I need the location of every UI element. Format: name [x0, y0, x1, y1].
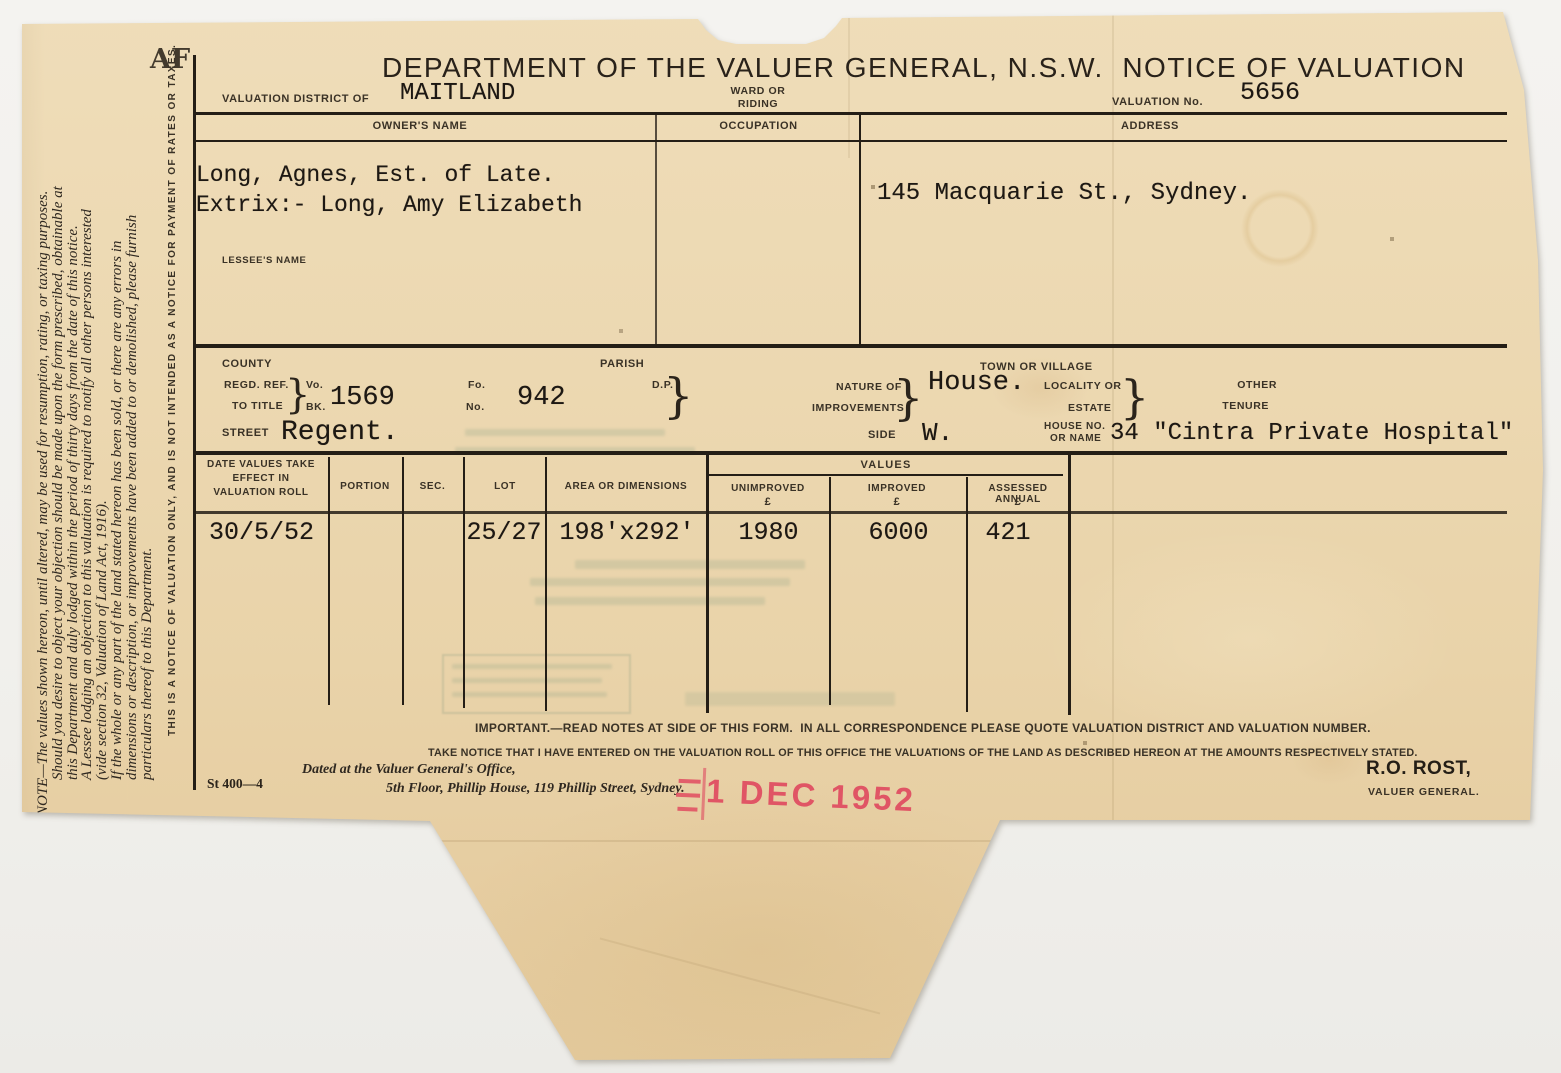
important-notice-text: IMPORTANT.—READ NOTES AT SIDE OF THIS FO… — [475, 721, 1371, 735]
stamp-mark — [679, 779, 701, 784]
house-no-label: HOUSE NO. — [1044, 421, 1106, 432]
bleed-through-mark — [452, 678, 602, 683]
occupation-column-header: OCCUPATION — [657, 120, 860, 132]
rule-line — [193, 140, 1507, 142]
office-address-line: 5th Floor, Phillip House, 119 Phillip St… — [386, 781, 685, 797]
brace-glyph: } — [663, 368, 694, 424]
nature-improvements-value: House. — [928, 368, 1025, 398]
address-column-header: ADDRESS — [1010, 120, 1290, 132]
paper-specks — [0, 0, 2, 2]
date-effect-header: VALUATION ROLL — [200, 487, 322, 498]
bleed-through-mark — [685, 692, 895, 706]
date-effect-header: DATE VALUES TAKE — [200, 459, 322, 470]
side-value: W. — [922, 418, 953, 448]
dated-at-line: Dated at the Valuer General's Office, — [302, 762, 516, 778]
vol-label: Vo. — [306, 379, 323, 391]
street-label: STREET — [222, 427, 269, 439]
margin-note-line: If the whole or any part of the land sta… — [110, 58, 125, 816]
locality-estate-label: ESTATE — [1068, 402, 1111, 414]
paper-shadow-wrap: AF NOTE—The values shown hereon, until a… — [0, 0, 1561, 1073]
scanned-document-scene: AF NOTE—The values shown hereon, until a… — [0, 0, 1561, 1073]
crease-diagonal — [600, 938, 881, 1015]
house-name-value: 34 "Cintra Private Hospital" — [1110, 420, 1513, 447]
margin-note: NOTE—The values shown hereon, until alte… — [36, 58, 156, 816]
house-no-label: OR NAME — [1050, 433, 1101, 444]
area-value-cell: 198'x292' — [548, 518, 706, 547]
pound-sign: £ — [710, 496, 826, 508]
district-label: VALUATION DISTRICT OF — [222, 93, 369, 105]
rule-line — [463, 457, 465, 708]
stamp-mark — [677, 807, 697, 812]
county-label: COUNTY — [222, 358, 272, 370]
locality-estate-label: LOCALITY OR — [1044, 380, 1122, 392]
margin-note-line: this Department and duly lodged within t… — [66, 58, 81, 816]
unimproved-header: UNIMPROVED — [710, 483, 826, 494]
regd-ref-label: REGD. REF. — [224, 379, 289, 391]
fo-label: Fo. — [468, 379, 486, 391]
bleed-through-mark — [575, 560, 805, 569]
side-label: SIDE — [868, 429, 896, 441]
rule-line — [966, 477, 968, 712]
margin-note-line: (vide section 32, Valuation of Land Act,… — [95, 58, 110, 816]
form-code: St 400—4 — [207, 776, 263, 792]
unimproved-value-cell: 1980 — [708, 518, 829, 547]
valuation-no-label: VALUATION No. — [1112, 96, 1203, 108]
values-group-header: VALUES — [710, 459, 1062, 471]
bleed-through-mark — [452, 692, 607, 697]
bleed-through-mark — [530, 578, 790, 586]
margin-note-line: dimensions or description, or improvemen… — [125, 58, 140, 816]
parish-label: PARISH — [600, 358, 644, 370]
bleed-through-mark — [465, 429, 665, 436]
rule-line — [707, 474, 1063, 476]
rule-line — [193, 112, 1507, 115]
rule-line — [193, 511, 1507, 514]
crease-horizontal — [435, 840, 1010, 842]
nature-improvements-label: IMPROVEMENTS — [812, 402, 904, 414]
portion-header: PORTION — [330, 481, 400, 492]
signature-name: R.O. ROST, — [1366, 758, 1471, 780]
vertical-caption: THIS IS A NOTICE OF VALUATION ONLY, AND … — [167, 56, 178, 736]
brace-glyph: } — [1120, 370, 1149, 424]
valuation-notice-paper: AF NOTE—The values shown hereon, until a… — [0, 0, 1561, 1073]
rule-line — [328, 457, 330, 705]
owner-name-value: Extrix:- Long, Amy Elizabeth — [196, 192, 582, 218]
owner-name-value: Long, Agnes, Est. of Late. — [196, 162, 555, 188]
address-value: 145 Macquarie St., Sydney. — [877, 180, 1251, 207]
form-title: DEPARTMENT OF THE VALUER GENERAL, N.S.W.… — [382, 52, 1346, 84]
date-effect-header: EFFECT IN — [200, 473, 322, 484]
margin-note-line: NOTE—The values shown hereon, until alte… — [36, 58, 51, 816]
take-notice-text: TAKE NOTICE THAT I HAVE ENTERED ON THE V… — [428, 747, 1418, 759]
rule-line — [706, 452, 709, 713]
rule-line — [1068, 452, 1071, 715]
date-value-cell: 30/5/52 — [195, 518, 328, 547]
margin-note-line: particulars thereof to this Department. — [140, 58, 155, 816]
bk-value: 1569 — [330, 383, 395, 413]
margin-note-line: Should you desire to object your objecti… — [51, 58, 66, 816]
rule-line — [402, 457, 404, 705]
street-value: Regent. — [281, 417, 399, 448]
rule-line — [545, 457, 547, 711]
stamp-mark — [676, 793, 700, 798]
pound-sign: £ — [832, 496, 962, 508]
bk-label: BK. — [306, 401, 326, 413]
margin-note-line: A Lessee lodging an objection to this va… — [80, 58, 95, 816]
rule-line — [829, 477, 831, 705]
owner-name-column-header: OWNER'S NAME — [300, 120, 540, 132]
pound-sign: £ — [968, 496, 1068, 508]
ward-riding-label: RIDING — [708, 98, 808, 110]
no-value: 942 — [517, 383, 566, 413]
bleed-through-box — [442, 654, 631, 714]
lot-header: LOT — [470, 481, 540, 492]
valuation-no-value: 5656 — [1240, 78, 1300, 107]
rule-line — [655, 113, 657, 345]
to-title-label: TO TITLE — [232, 400, 283, 412]
district-value: MAITLAND — [400, 80, 515, 107]
date-stamp: 1 DEC 1952 — [671, 763, 923, 836]
rule-line — [193, 344, 1507, 348]
rule-line — [859, 113, 861, 345]
lessee-name-label: LESSEE'S NAME — [222, 255, 307, 266]
nature-improvements-label: NATURE OF — [836, 381, 902, 393]
tenure-label: TENURE — [1222, 400, 1269, 412]
area-dimensions-header: AREA OR DIMENSIONS — [550, 481, 702, 492]
no-label: No. — [466, 401, 485, 413]
crease-vertical — [1112, 14, 1114, 820]
signature-title: VALUER GENERAL. — [1368, 786, 1480, 798]
ward-riding-label: WARD OR — [708, 85, 808, 97]
stamp-date-text: 1 DEC 1952 — [705, 772, 916, 819]
crease-vertical — [848, 18, 850, 158]
lot-value-cell: 25/27 — [463, 518, 545, 547]
brace-glyph: } — [893, 370, 924, 426]
rule-line — [193, 451, 1507, 455]
bleed-through-mark — [452, 664, 612, 669]
bleed-through-mark — [535, 597, 765, 605]
improved-value-cell: 6000 — [831, 518, 966, 547]
sec-header: SEC. — [405, 481, 460, 492]
assessed-value-cell: 421 — [968, 518, 1048, 547]
improved-header: IMPROVED — [832, 483, 962, 494]
other-label: OTHER — [1237, 379, 1277, 391]
